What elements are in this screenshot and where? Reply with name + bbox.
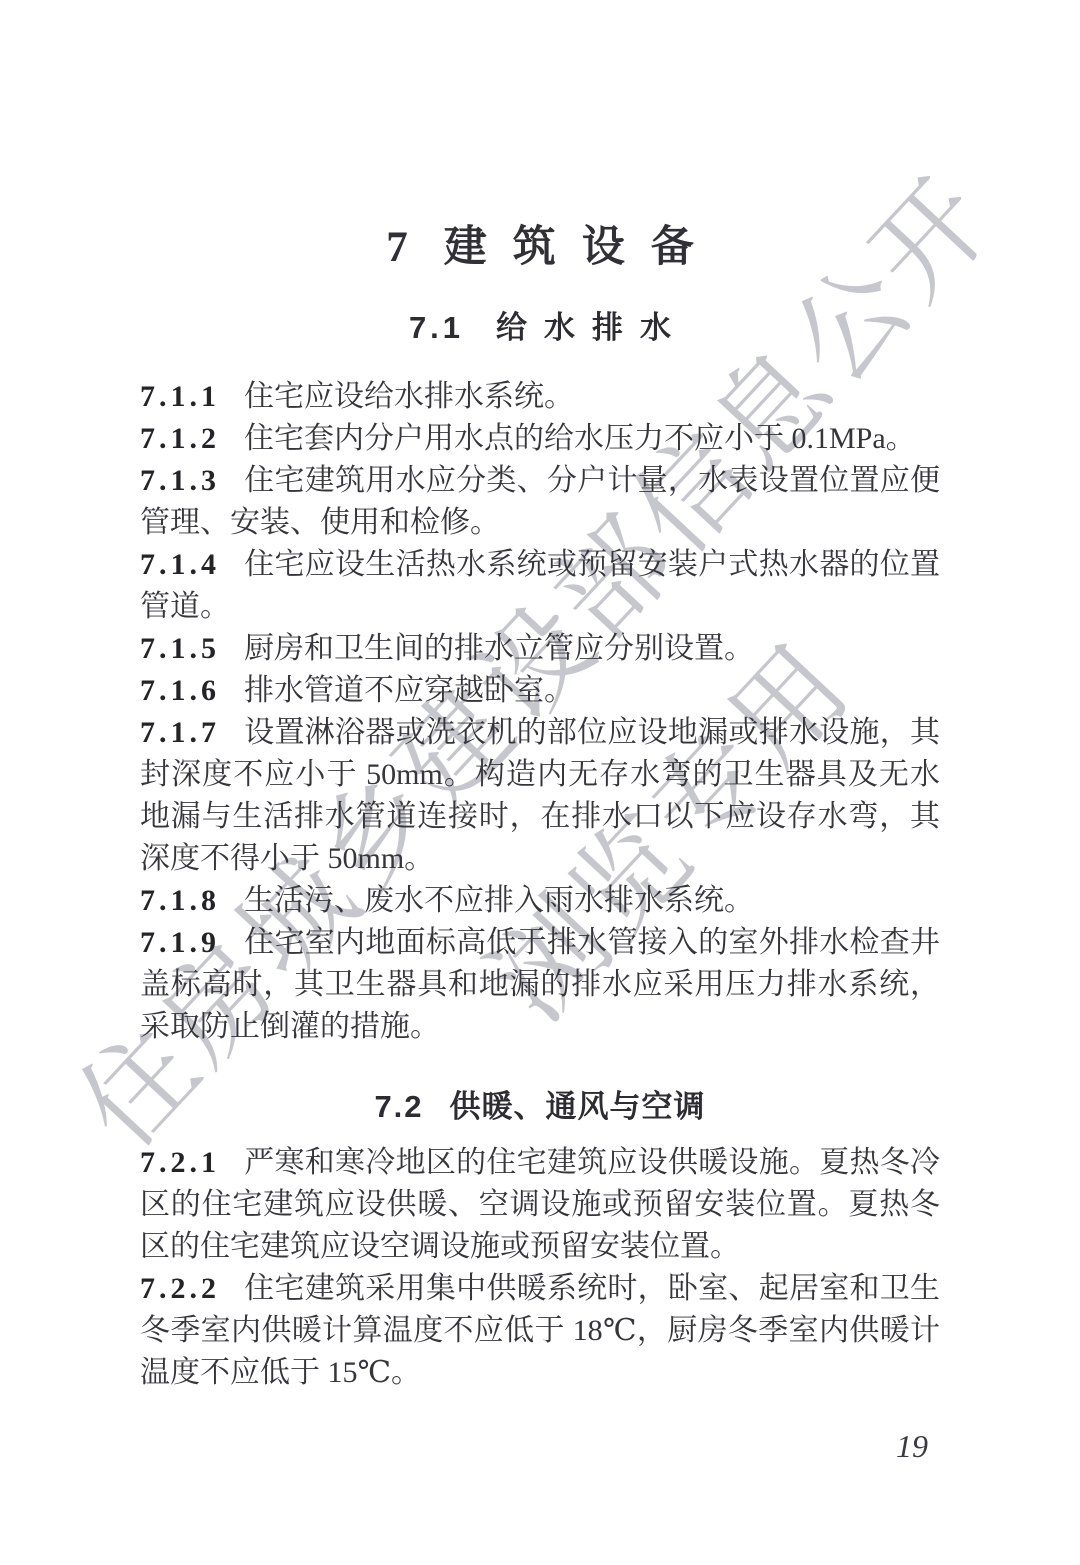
clause-text: 采取防止倒灌的措施。	[140, 1010, 440, 1043]
clause-number: 7.1.3	[140, 464, 220, 497]
clause-line: 7.1.6排水管道不应穿越卧室。	[140, 670, 940, 712]
clause-text: 管道。	[140, 590, 230, 623]
clause-text: 住宅建筑用水应分类、分户计量，水表设置位置应便于	[140, 464, 940, 502]
clause-line: 7.1.2住宅套内分户用水点的给水压力不应小于 0.1MPa。	[140, 418, 940, 460]
clause-text: 封深度不应小于 50mm。构造内无存水弯的卫生器具及无水封的	[140, 758, 940, 796]
clause-text: 冬季室内供暖计算温度不应低于 18℃，厨房冬季室内供暖计算	[140, 1314, 940, 1352]
section-heading-7-2: 7.2供暖、通风与空调	[0, 1081, 1080, 1126]
clause-number: 7.1.7	[140, 716, 220, 749]
clause-text: 管理、安装、使用和检修。	[140, 506, 500, 539]
clause-number: 7.2.1	[140, 1146, 220, 1179]
clause-text: 区的住宅建筑应设供暖、空调设施或预留安装位置。夏热冬暖地	[140, 1188, 940, 1226]
clause-number: 7.1.4	[140, 548, 220, 581]
clause-text: 厨房和卫生间的排水立管应分别设置。	[244, 632, 754, 665]
chapter-number: 7	[386, 224, 408, 271]
clause-line: 7.2.1严寒和寒冷地区的住宅建筑应设供暖设施。夏热冬冷地	[140, 1142, 940, 1184]
clause-text: 住宅室内地面标高低于排水管接入的室外排水检查井井	[140, 926, 940, 964]
clause-text: 深度不得小于 50mm。	[140, 842, 434, 875]
clause-number: 7.1.9	[140, 926, 220, 959]
clause-text: 住宅建筑采用集中供暖系统时，卧室、起居室和卫生间	[140, 1272, 940, 1310]
clause-text: 住宅应设生活热水系统或预留安装户式热水器的位置和	[140, 548, 940, 586]
section-number: 7.1	[409, 310, 464, 345]
clause-line: 管理、安装、使用和检修。	[140, 502, 940, 544]
page-number: 19	[896, 1428, 928, 1465]
clause-line: 区的住宅建筑应设空调设施或预留安装位置。	[140, 1226, 940, 1268]
document-page: 住房城乡建设部信息公开 浏览专用 7建筑设备 7.1给水排水 7.1.1住宅应设…	[0, 0, 1080, 1565]
clause-text: 住宅套内分户用水点的给水压力不应小于 0.1MPa。	[244, 422, 916, 455]
clause-text: 区的住宅建筑应设空调设施或预留安装位置。	[140, 1230, 740, 1263]
clause-number: 7.1.5	[140, 632, 220, 665]
clause-number: 7.1.1	[140, 380, 220, 413]
section-7-2-body: 7.2.1严寒和寒冷地区的住宅建筑应设供暖设施。夏热冬冷地 区的住宅建筑应设供暖…	[140, 1142, 940, 1394]
clause-text: 设置淋浴器或洗衣机的部位应设地漏或排水设施，其水	[140, 716, 940, 754]
clause-text: 生活污、废水不应排入雨水排水系统。	[244, 884, 754, 917]
clause-line: 区的住宅建筑应设供暖、空调设施或预留安装位置。夏热冬暖地	[140, 1184, 940, 1226]
clause-line: 7.1.3住宅建筑用水应分类、分户计量，水表设置位置应便于	[140, 460, 940, 502]
clause-line: 深度不得小于 50mm。	[140, 838, 940, 880]
clause-line: 7.1.8生活污、废水不应排入雨水排水系统。	[140, 880, 940, 922]
section-7-1-body: 7.1.1住宅应设给水排水系统。 7.1.2住宅套内分户用水点的给水压力不应小于…	[140, 376, 940, 1048]
clause-line: 7.1.1住宅应设给水排水系统。	[140, 376, 940, 418]
clause-number: 7.1.2	[140, 422, 220, 455]
section-heading-7-1: 7.1给水排水	[0, 302, 1080, 347]
section-title-text: 给水排水	[496, 310, 688, 345]
clause-text: 温度不应低于 15℃。	[140, 1356, 421, 1389]
clause-text: 排水管道不应穿越卧室。	[244, 674, 574, 707]
clause-line: 封深度不应小于 50mm。构造内无存水弯的卫生器具及无水封的	[140, 754, 940, 796]
section-number: 7.2	[374, 1089, 423, 1124]
clause-text: 地漏与生活排水管道连接时，在排水口以下应设存水弯，其水封	[140, 800, 940, 838]
clause-text: 住宅应设给水排水系统。	[244, 380, 574, 413]
clause-line: 7.2.2住宅建筑采用集中供暖系统时，卧室、起居室和卫生间	[140, 1268, 940, 1310]
clause-number: 7.2.2	[140, 1272, 220, 1305]
clause-line: 管道。	[140, 586, 940, 628]
clause-number: 7.1.8	[140, 884, 220, 917]
clause-line: 7.1.4住宅应设生活热水系统或预留安装户式热水器的位置和	[140, 544, 940, 586]
clause-text: 严寒和寒冷地区的住宅建筑应设供暖设施。夏热冬冷地	[140, 1146, 940, 1184]
clause-line: 7.1.5厨房和卫生间的排水立管应分别设置。	[140, 628, 940, 670]
clause-line: 盖标高时，其卫生器具和地漏的排水应采用压力排水系统，并应	[140, 964, 940, 1006]
clause-line: 7.1.7设置淋浴器或洗衣机的部位应设地漏或排水设施，其水	[140, 712, 940, 754]
clause-line: 冬季室内供暖计算温度不应低于 18℃，厨房冬季室内供暖计算	[140, 1310, 940, 1352]
clause-line: 地漏与生活排水管道连接时，在排水口以下应设存水弯，其水封	[140, 796, 940, 838]
chapter-title-text: 建筑设备	[444, 224, 720, 271]
clause-number: 7.1.6	[140, 674, 220, 707]
section-title-text: 供暖、通风与空调	[450, 1089, 706, 1124]
chapter-heading: 7建筑设备	[0, 213, 1080, 274]
clause-line: 7.1.9住宅室内地面标高低于排水管接入的室外排水检查井井	[140, 922, 940, 964]
clause-line: 采取防止倒灌的措施。	[140, 1006, 940, 1048]
clause-line: 温度不应低于 15℃。	[140, 1352, 940, 1394]
clause-text: 盖标高时，其卫生器具和地漏的排水应采用压力排水系统，并应	[140, 968, 940, 1006]
